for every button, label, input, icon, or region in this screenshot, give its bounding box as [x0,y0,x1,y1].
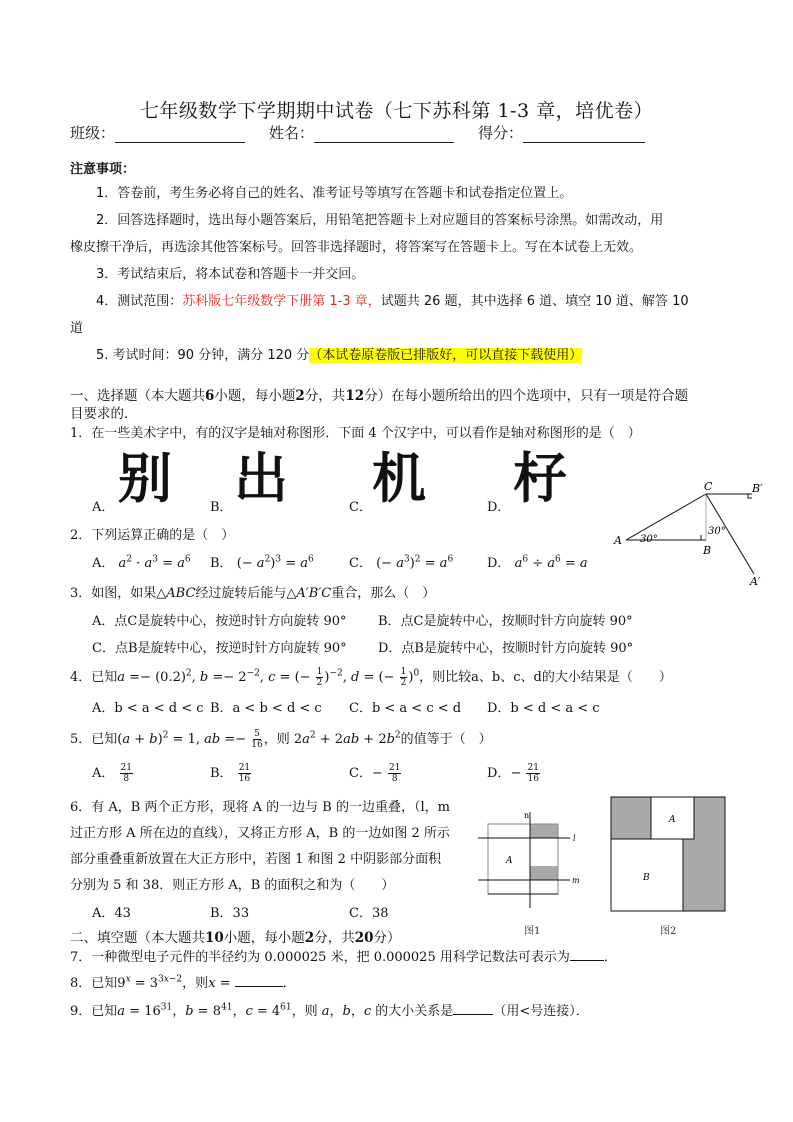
student-info-line: 班级： 姓名： 得分： [70,122,669,143]
q4-option-a[interactable]: A．b < a < d < c [92,697,204,716]
section-2-points: 2 [305,930,314,946]
label-C: C [704,480,713,493]
q1-stem: 1．在一些美术字中，有的汉字是轴对称图形．下面 4 个汉字中，可以看作是轴对称图… [70,422,641,441]
figure-1-caption: 图1 [524,922,540,937]
label-l: l [573,834,576,843]
q7-text: 7．一种微型电子元件的半径约为 0.000025 米，把 0.000025 用科… [70,950,570,965]
q3-option-b[interactable]: B．点C是旋转中心，按顺时针方向旋转 90° [378,610,633,629]
section-1-heading-wrap: 目要求的． [70,402,138,422]
score-label: 得分： [478,122,523,143]
figure-2-caption: 图2 [660,922,676,937]
q2-option-b[interactable]: B． (− a2)3 = a6 [210,552,314,571]
q9: 9．已知a = 1631，b = 841，c = 461，则 a，b，c 的大小… [70,1000,589,1019]
q1-option-a-char[interactable]: 别 [118,452,172,506]
q4-stem: 4．已知a =− (0.2)2, b =− 2−2, c = (− 12)−2,… [70,666,672,688]
section-2-count: 10 [205,930,224,946]
q4-option-b[interactable]: B．a < b < d < c [210,697,322,716]
q6-option-b[interactable]: B．33 [210,902,249,921]
label-A-prime: A′ [749,575,761,588]
q5-option-d-num: 21 [526,763,539,774]
q9-prefix: 9．已知 [70,1004,117,1019]
notice-heading: 注意事项： [70,158,135,177]
notice-item-3: 3．考试结束后，将本试卷和答题卡一并交回。 [96,261,726,288]
class-field[interactable] [115,128,245,143]
notice-item-4: 4．测试范围：苏科版七年级数学下册第 1-3 章，试题共 26 题，其中选择 6… [96,288,726,315]
q6-line-4: 分别为 5 和 38．则正方形 A，B 的面积之和为（ ） [70,874,394,893]
section-2-mid1: 小题，每小题 [224,930,305,946]
q5-option-c[interactable]: C．− 218 [349,762,402,784]
notice-item-5: 5. 考试时间：90 分钟，满分 120 分（本试卷原卷版已排版好，可以直接下载… [96,342,726,369]
section-1-mid2: 分，共 [305,388,346,404]
section-1-points: 2 [295,388,304,404]
q2-option-c-label: C． [349,556,372,571]
q8-end: ． [283,976,296,991]
q4-stem-prefix: 4．已知 [70,670,117,685]
label-m: m [572,876,580,885]
label-B: B [702,544,711,557]
q6-figure-2: A B [610,796,730,916]
q6-line-2: 过正方形 A 所在边的直线），又将正方形 A，B 的一边如图 2 所示 [70,822,450,841]
notice-item-4-wrap: 道 [70,315,700,342]
q2-option-a-label: A． [92,556,114,571]
q2-option-a[interactable]: A． a2 · a3 = a6 [92,552,191,571]
q5-option-b-label: B． [210,766,233,781]
q6-line-1: 6．有 A，B 两个正方形，现将 A 的一边与 B 的一边重叠，（l，m [70,796,450,815]
q9-answer-blank[interactable] [453,1002,493,1015]
q5-option-d-den: 16 [527,774,538,784]
section-1-heading: 一、选择题（本大题共6小题，每小题2分，共12分）在每小题所给出的四个选项中，只… [70,384,688,404]
q4-option-c[interactable]: C．b < a < c < d [349,697,461,716]
q4-stem-suffix: ，则比较a、b、c、d的大小结果是（ ） [419,670,672,685]
angle-label-2: 30° [708,526,726,537]
q7-answer-blank[interactable] [570,948,604,961]
q3-stem-suffix: 重合，那么（ ） [331,586,435,601]
q1-option-b-label: B． [210,496,233,515]
q2-option-d-label: D． [487,556,510,571]
label-A: A [668,815,676,825]
exam-time: 5. 考试时间：90 分钟，满分 120 分 [96,348,309,363]
notice-item-4-suffix: 试题共 26 题，其中选择 6 道、填空 10 道、解答 10 [381,294,689,309]
q5-option-d-sign: − [510,766,521,781]
label-B-prime: B′ [751,482,763,495]
q5-option-c-label: C． [349,766,372,781]
notice-item-4-prefix: 4．测试范围： [96,294,182,309]
section-1-suffix: 分）在每小题所给出的四个选项中，只有一项是符合题 [364,388,688,404]
label-B: B [642,873,650,883]
q8-answer-blank[interactable] [235,974,283,987]
q4-option-d[interactable]: D．b < d < a < c [487,697,600,716]
q3-option-a[interactable]: A．点C是旋转中心，按逆时针方向旋转 90° [92,610,347,629]
q3-stem-mid: 经过旋转后能与△ [195,586,296,601]
section-2-heading: 二、填空题（本大题共10小题，每小题2分，共20分） [70,926,401,946]
q5-option-d-label: D． [487,766,510,781]
q5-stem-suffix: 的值等于（ ） [401,732,492,747]
notice-item-2-wrap: 橡皮擦干净后，再选涂其他答案标号。回答非选择题时，将答案写在答题卡上。写在本试卷… [70,234,700,261]
q3-rotation-figure: A 30° B C 30° B′ A′ [600,470,780,590]
q3-option-c[interactable]: C．点B是旋转中心，按逆时针方向旋转 90° [92,637,347,656]
angle-label-1: 30° [640,534,658,545]
exam-title: 七年级数学下学期期中试卷（七下苏科第 1-3 章，培优卷） [0,96,793,123]
section-2-mid2: 分，共 [314,930,355,946]
name-field[interactable] [314,128,454,143]
notice-item-1: 1．答卷前，考生务必将自己的姓名、准考证号等填写在答题卡和试卷指定位置上。 [96,180,726,207]
section-2-total: 20 [355,930,374,946]
q1-option-d-char[interactable]: 杍 [513,452,567,506]
q2-option-d[interactable]: D． a6 ÷ a6 = a [487,552,588,571]
q1-option-c-label: C． [349,496,372,515]
q3-option-d[interactable]: D．点B是旋转中心，按顺时针方向旋转 90° [378,637,633,656]
q1-option-b-char[interactable]: 出 [234,452,288,506]
q2-stem: 2．下列运算正确的是（ ） [70,524,234,543]
q7-end: ． [604,950,617,965]
q2-option-b-label: B． [210,556,233,571]
section-2-suffix: 分） [374,930,401,946]
class-label: 班级： [70,122,115,143]
q6-figure-1: n l m A [478,810,598,920]
q2-option-c[interactable]: C． (− a3)2 = a6 [349,552,453,571]
q5-option-a[interactable]: A． 218 [92,762,134,784]
q3-stem-prefix: 3．如图，如果△ [70,586,166,601]
q5-option-b-num: 21 [238,763,251,774]
section-1-mid1: 小题，每小题 [214,388,295,404]
q5-option-a-label: A． [92,766,114,781]
score-field[interactable] [523,128,645,143]
q5-option-b[interactable]: B． 2116 [210,762,252,784]
label-A: A [505,856,513,866]
q5-option-d[interactable]: D．− 2116 [487,762,541,784]
section-2-prefix: 二、填空题（本大题共 [70,930,205,946]
q5-stem-prefix: 5．已知 [70,732,117,747]
section-1-total: 12 [345,388,364,404]
test-scope: 苏科版七年级数学下册第 1-3 章， [182,294,381,309]
q1-option-c-char[interactable]: 机 [372,452,426,506]
q6-option-c[interactable]: C．38 [349,902,389,921]
label-n: n [524,811,529,820]
q8: 8．已知9x = 33x−2，则x = ． [70,972,296,991]
section-1-count: 6 [205,388,214,404]
notice-item-2: 2．回答选择题时，选出每小题答案后，用铅笔把答题卡上对应题目的答案标号涂黑。如需… [96,207,726,234]
q1-option-a-label: A． [92,496,114,515]
label-A: A [613,534,622,547]
q3-stem: 3．如图，如果△ABC经过旋转后能与△A′B′C重合，那么（ ） [70,582,435,601]
q5-option-a-den: 8 [123,774,129,784]
name-label: 姓名： [269,122,314,143]
q9-suffix: （用<号连接）． [493,1004,588,1019]
q5-option-a-num: 21 [120,763,133,774]
q6-option-a[interactable]: A．43 [92,902,131,921]
q5-option-c-num: 21 [388,763,401,774]
q5-option-c-den: 8 [392,774,398,784]
q5-stem: 5．已知(a + b)2 = 1, ab =− 516，则 2a2 + 2ab … [70,728,492,750]
q7: 7．一种微型电子元件的半径约为 0.000025 米，把 0.000025 用科… [70,946,617,965]
q8-prefix: 8．已知 [70,976,117,991]
q1-option-d-label: D． [487,496,510,515]
q5-option-c-sign: − [372,766,383,781]
highlight-note: （本试卷原卷版已排版好，可以直接下载使用） [309,348,582,363]
q6-line-3: 部分重叠重新放置在大正方形中，若图 1 和图 2 中阴影部分面积 [70,848,441,867]
q5-option-b-den: 16 [239,774,250,784]
